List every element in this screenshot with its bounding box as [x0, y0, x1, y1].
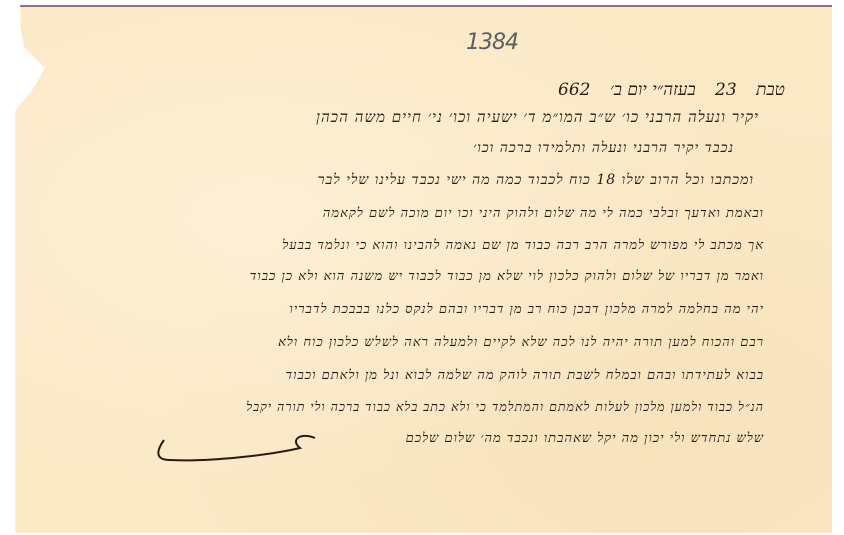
letter-line-2: נכבד יקיר הרבני ונעלה ותלמידו ברכה וכו׳ — [473, 140, 734, 157]
date-year: 662 — [558, 80, 590, 100]
line-text: יהי מה בחלמה למרה מלכון דבכן כוח רב מן ד… — [289, 302, 764, 317]
letter-line-1: יקיר ונעלה הרבני כו׳ ש״ב המו״מ ד׳ ישעיה … — [316, 108, 759, 127]
line-text: ובאמת ואדעך ובלבי כמה לי מה שלום ולהוק ה… — [323, 206, 764, 221]
line-text: יקיר ונעלה הרבני כו׳ ש״ב המו״מ ד׳ ישעיה … — [316, 108, 759, 126]
line-text: אך מכתב לי מפורש למרה הרב רבה כבוד מן שם… — [282, 238, 764, 253]
date-opening: בעזה״י יום ב׳ — [610, 80, 696, 100]
letter-line-5: אך מכתב לי מפורש למרה הרב רבה כבוד מן שם… — [282, 237, 764, 253]
signature-flourish-icon — [150, 430, 320, 470]
line-text: הנ״ל כבוד ולמען מלכון לעלות לאמתם והמתלמ… — [246, 399, 764, 414]
letter-line-3: ומכתבו וכל הרוב שלו 18 כוח לכבוד כמה מה … — [318, 172, 754, 189]
letter-line-7: יהי מה בחלמה למרה מלכון דבכן כוח רב מן ד… — [289, 301, 764, 317]
line-text: שלש נתחדש ולי יכון מה יקל שאהבתו ונכבד מ… — [406, 431, 764, 446]
letter-line-6: ואמר מן דבריו של שלום ולהוק כלכון לוי של… — [250, 268, 764, 284]
line-text: רבם והכוח למען תורה יהיה לנו לכה שלא לקי… — [278, 335, 764, 350]
date-month: טבת — [756, 80, 785, 100]
line-text: ומכתבו וכל הרוב שלו 18 כוח לכבוד כמה מה … — [318, 172, 754, 188]
letter-line-8: רבם והכוח למען תורה יהיה לנו לכה שלא לקי… — [278, 334, 764, 350]
line-text: ואמר מן דבריו של שלום ולהוק כלכון לוי של… — [250, 269, 764, 284]
archive-number: 1384 — [466, 30, 518, 55]
line-text: בבוא לעתידתו ובהם ובמלח לשבת תורה לוהק מ… — [285, 368, 764, 383]
date-line: 662 טבת 23 בעזה״י יום ב׳ — [558, 80, 799, 100]
date-day: 23 — [715, 80, 737, 100]
letter-line-11: שלש נתחדש ולי יכון מה יקל שאהבתו ונכבד מ… — [406, 430, 764, 446]
letter-line-9: בבוא לעתידתו ובהם ובמלח לשבת תורה לוהק מ… — [285, 367, 764, 383]
letter-line-4: ובאמת ואדעך ובלבי כמה לי מה שלום ולהוק ה… — [323, 205, 764, 221]
line-text: נכבד יקיר הרבני ונעלה ותלמידו ברכה וכו׳ — [473, 140, 734, 156]
letter-line-10: הנ״ל כבוד ולמען מלכון לעלות לאמתם והמתלמ… — [246, 399, 764, 415]
